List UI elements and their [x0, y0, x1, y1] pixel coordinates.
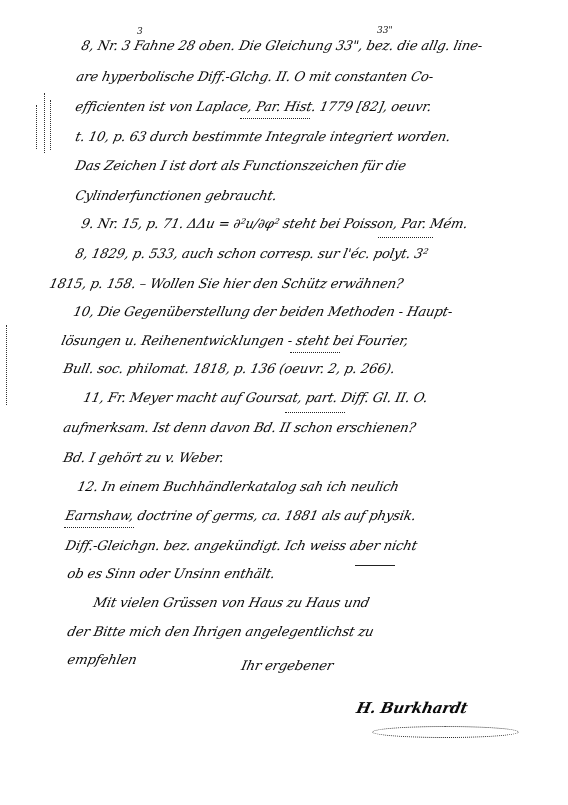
underline	[285, 412, 345, 413]
underline	[290, 352, 340, 353]
letter-line: 9. Nr. 15, p. 71. ΔΔu = ∂²u/∂φ² steht be…	[80, 218, 469, 231]
letter-line: Bull. soc. philomat. 1818, p. 136 (oeuvr…	[62, 363, 396, 376]
underline	[378, 237, 433, 238]
letter-line: 11, Fr. Meyer macht auf Goursat, part. D…	[82, 392, 429, 405]
letter-line: Bd. I gehört zu v. Weber.	[62, 452, 225, 465]
letter-line: 1815, p. 158. – Wollen Sie hier den Schü…	[48, 278, 404, 291]
margin-mark	[44, 93, 45, 153]
letter-line: Mit vielen Grüssen von Haus zu Haus und	[92, 597, 370, 610]
letter-line: are hyperbolische Diff.-Glchg. II. O mit…	[75, 71, 434, 84]
letter-line: der Bitte mich den Ihrigen angelegentlic…	[66, 626, 375, 639]
signature: H. Burkhardt	[355, 701, 469, 716]
letter-line: empfehlen	[66, 654, 138, 667]
letter-line: 8, Nr. 3 Fahne 28 oben. Die Gleichung 33…	[80, 40, 483, 53]
closing-text: Ihr ergebener	[240, 660, 334, 673]
superscript-annotation: 33"	[377, 26, 393, 36]
letter-page: 3 33" 8, Nr. 3 Fahne 28 oben. Die Gleich…	[0, 0, 568, 805]
letter-line: ob es Sinn oder Unsinn enthält.	[66, 568, 276, 581]
superscript-annotation: 3	[137, 27, 143, 37]
letter-line: Earnshaw, doctrine of germs, ca. 1881 al…	[64, 510, 417, 523]
letter-line: t. 10, p. 63 durch bestimmte Integrale i…	[74, 131, 452, 144]
margin-mark	[36, 105, 37, 149]
underline	[64, 527, 134, 528]
letter-line: 10, Die Gegenüberstellung der beiden Met…	[72, 306, 454, 319]
letter-line: 8, 1829, p. 533, auch schon corresp. sur…	[74, 248, 429, 261]
underline	[240, 118, 310, 119]
letter-line: aufmerksam. Ist denn davon Bd. II schon …	[62, 422, 417, 435]
margin-mark	[50, 100, 51, 150]
letter-line: efficienten ist von Laplace, Par. Hist. …	[74, 101, 432, 114]
letter-line: 12. In einem Buchhändlerkatalog sah ich …	[76, 481, 400, 494]
letter-line: lösungen u. Reihenentwicklungen - steht …	[60, 335, 409, 348]
letter-line: Das Zeichen I ist dort als Functionszeic…	[74, 160, 407, 173]
letter-line: Cylinderfunctionen gebraucht.	[74, 190, 278, 203]
signature-flourish	[372, 726, 519, 738]
margin-mark	[6, 325, 7, 405]
dash-mark	[355, 565, 395, 566]
letter-line: Diff.-Gleichgn. bez. angekündigt. Ich we…	[64, 540, 418, 553]
